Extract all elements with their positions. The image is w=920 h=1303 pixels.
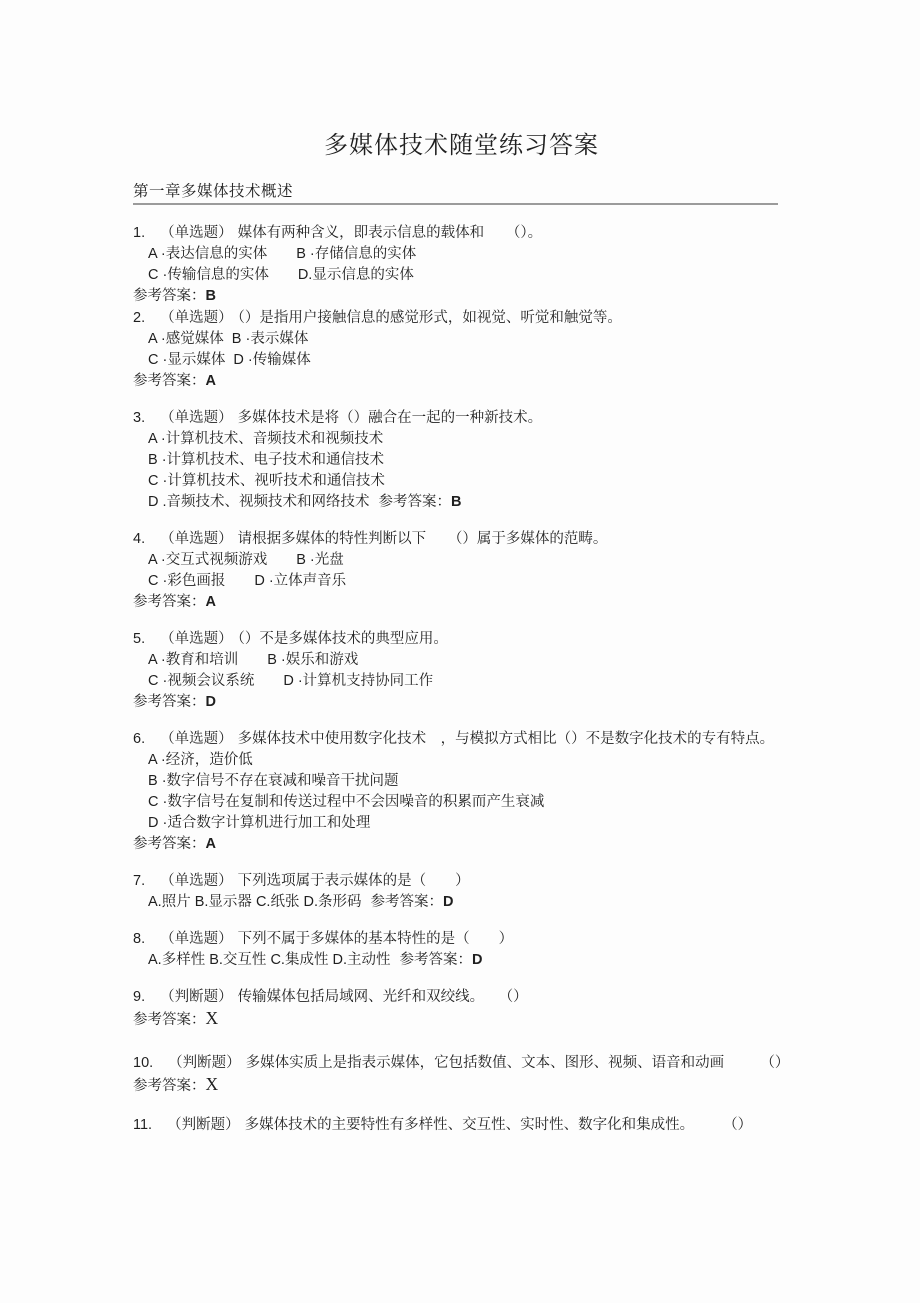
question-2-answer-line: 参考答案：A xyxy=(133,371,793,392)
question-8-stem: 8.（单选题）下列不属于多媒体的基本特性的是（ ） xyxy=(133,929,793,950)
question-text: 多媒体实质上是指表示媒体，它包括数值、文本、图形、视频、语音和动画 （） xyxy=(246,1055,790,1071)
option-text: A.照片 B.显示器 C.纸张 D.条形码 xyxy=(148,894,362,910)
question-10-answer-line: 参考答案：X xyxy=(133,1074,793,1097)
question-1-stem: 1.（单选题）媒体有两种含义，即表示信息的载体和 （）。 xyxy=(133,223,793,244)
answer-value: D xyxy=(472,952,483,968)
document-title: 多媒体技术随堂练习答案 xyxy=(133,132,790,160)
question-4-stem: 4.（单选题）请根据多媒体的特性判断以下 （）属于多媒体的范畴。 xyxy=(133,529,793,550)
question-11-stem: 11.（判断题）多媒体技术的主要特性有多样性、交互性、实时性、数字化和集成性。 … xyxy=(133,1115,793,1136)
question-number: 2. xyxy=(133,310,145,326)
question-6-option-c: C ·数字信号在复制和传送过程中不会因噪音的积累而产生衰减 xyxy=(133,792,793,813)
document-page: 多媒体技术随堂练习答案 第一章多媒体技术概述 1.（单选题）媒体有两种含义，即表… xyxy=(0,0,793,1136)
option-text: A.多样性 B.交互性 C.集成性 D.主动性 xyxy=(148,952,391,968)
question-text: 下列不属于多媒体的基本特性的是（ ） xyxy=(238,931,514,947)
question-number: 7. xyxy=(133,873,145,889)
question-5-answer-line: 参考答案：D xyxy=(133,692,793,713)
question-5-stem: 5.（单选题）（）不是多媒体技术的典型应用。 xyxy=(133,629,793,650)
question-type: （单选题） xyxy=(160,225,233,241)
question-2-options-row-1: A ·感觉媒体 B ·表示媒体 xyxy=(133,329,793,350)
question-number: 10. xyxy=(133,1055,153,1071)
question-type: （单选题） xyxy=(160,731,233,747)
question-2: 2.（单选题）（）是指用户接触信息的感觉形式，如视觉、听觉和触觉等。 A ·感觉… xyxy=(133,308,793,392)
question-10-stem: 10.（判断题）多媒体实质上是指表示媒体，它包括数值、文本、图形、视频、语音和动… xyxy=(133,1053,793,1074)
question-number: 6. xyxy=(133,731,145,747)
answer-value: A xyxy=(206,594,217,610)
question-3-option-c: C ·计算机技术、视听技术和通信技术 xyxy=(133,471,793,492)
answer-label: 参考答案： xyxy=(133,694,206,710)
question-6-option-b: B ·数字信号不存在衰减和噪音干扰问题 xyxy=(133,771,793,792)
question-text: （）是指用户接触信息的感觉形式，如视觉、听觉和触觉等。 xyxy=(238,310,622,326)
answer-value: X xyxy=(206,1008,219,1028)
answer-value: B xyxy=(451,494,462,510)
question-1: 1.（单选题）媒体有两种含义，即表示信息的载体和 （）。 A ·表达信息的实体 … xyxy=(133,223,793,307)
question-text: 多媒体技术中使用数字化技术 ，与模拟方式相比（）不是数字化技术的专有特点。 xyxy=(238,731,775,747)
question-4: 4.（单选题）请根据多媒体的特性判断以下 （）属于多媒体的范畴。 A ·交互式视… xyxy=(133,529,793,613)
question-text: （）不是多媒体技术的典型应用。 xyxy=(238,631,448,647)
question-type: （判断题） xyxy=(168,1055,241,1071)
question-5: 5.（单选题）（）不是多媒体技术的典型应用。 A ·教育和培训 B ·娱乐和游戏… xyxy=(133,629,793,713)
question-type: （单选题） xyxy=(160,873,233,889)
question-7: 7.（单选题）下列选项属于表示媒体的是（ ） A.照片 B.显示器 C.纸张 D… xyxy=(133,871,793,913)
question-7-options-with-answer: A.照片 B.显示器 C.纸张 D.条形码参考答案：D xyxy=(133,892,793,913)
question-type: （单选题） xyxy=(160,531,233,547)
question-4-options-row-2: C ·彩色画报 D ·立体声音乐 xyxy=(133,571,793,592)
question-11: 11.（判断题）多媒体技术的主要特性有多样性、交互性、实时性、数字化和集成性。 … xyxy=(133,1115,793,1136)
question-6-option-a: A ·经济，造价低 xyxy=(133,750,793,771)
question-6-answer-line: 参考答案：A xyxy=(133,834,793,855)
question-3: 3.（单选题）多媒体技术是将（）融合在一起的一种新技术。 A ·计算机技术、音频… xyxy=(133,408,793,513)
answer-label: 参考答案： xyxy=(133,594,206,610)
question-4-options-row-1: A ·交互式视频游戏 B ·光盘 xyxy=(133,550,793,571)
answer-value: B xyxy=(206,288,217,304)
question-text: 媒体有两种含义，即表示信息的载体和 （）。 xyxy=(238,225,543,241)
question-9-stem: 9.（判断题）传输媒体包括局域网、光纤和双绞线。 （） xyxy=(133,987,793,1008)
answer-label: 参考答案： xyxy=(133,373,206,389)
answer-value: A xyxy=(206,373,217,389)
question-5-options-row-1: A ·教育和培训 B ·娱乐和游戏 xyxy=(133,650,793,671)
question-8: 8.（单选题）下列不属于多媒体的基本特性的是（ ） A.多样性 B.交互性 C.… xyxy=(133,929,793,971)
answer-label: 参考答案： xyxy=(371,894,444,910)
question-4-answer-line: 参考答案：A xyxy=(133,592,793,613)
question-6-stem: 6.（单选题）多媒体技术中使用数字化技术 ，与模拟方式相比（）不是数字化技术的专… xyxy=(133,729,793,750)
question-6-option-d: D ·适合数字计算机进行加工和处理 xyxy=(133,813,793,834)
question-type: （判断题） xyxy=(167,1117,240,1133)
question-7-stem: 7.（单选题）下列选项属于表示媒体的是（ ） xyxy=(133,871,793,892)
question-5-options-row-2: C ·视频会议系统 D ·计算机支持协同工作 xyxy=(133,671,793,692)
question-9: 9.（判断题）传输媒体包括局域网、光纤和双绞线。 （） 参考答案：X xyxy=(133,987,793,1031)
answer-value: X xyxy=(206,1074,219,1094)
answer-label: 参考答案： xyxy=(133,1078,206,1094)
question-text: 多媒体技术的主要特性有多样性、交互性、实时性、数字化和集成性。 （） xyxy=(245,1117,753,1133)
question-9-answer-line: 参考答案：X xyxy=(133,1008,793,1031)
question-number: 3. xyxy=(133,410,145,426)
question-3-option-b: B ·计算机技术、电子技术和通信技术 xyxy=(133,450,793,471)
question-1-options-row-2: C ·传输信息的实体 D.显示信息的实体 xyxy=(133,265,793,286)
question-text: 传输媒体包括局域网、光纤和双绞线。 （） xyxy=(238,989,528,1005)
question-3-option-d-with-answer: D .音频技术、视频技术和网络技术参考答案：B xyxy=(133,492,793,513)
question-1-options-row-1: A ·表达信息的实体 B ·存储信息的实体 xyxy=(133,244,793,265)
answer-label: 参考答案： xyxy=(133,836,206,852)
question-number: 9. xyxy=(133,989,145,1005)
question-number: 4. xyxy=(133,531,145,547)
question-type: （单选题） xyxy=(160,931,233,947)
question-type: （单选题） xyxy=(160,310,233,326)
question-2-options-row-2: C ·显示媒体 D ·传输媒体 xyxy=(133,350,793,371)
answer-label: 参考答案： xyxy=(133,1012,206,1028)
option-text: D .音频技术、视频技术和网络技术 xyxy=(148,494,370,510)
question-type: （单选题） xyxy=(160,631,233,647)
question-10: 10.（判断题）多媒体实质上是指表示媒体，它包括数值、文本、图形、视频、语音和动… xyxy=(133,1053,793,1097)
question-number: 8. xyxy=(133,931,145,947)
question-text: 请根据多媒体的特性判断以下 （）属于多媒体的范畴。 xyxy=(238,531,608,547)
section-heading: 第一章多媒体技术概述 xyxy=(133,182,778,205)
question-number: 11. xyxy=(133,1117,152,1133)
answer-value: D xyxy=(206,694,217,710)
question-2-stem: 2.（单选题）（）是指用户接触信息的感觉形式，如视觉、听觉和触觉等。 xyxy=(133,308,793,329)
question-text: 多媒体技术是将（）融合在一起的一种新技术。 xyxy=(238,410,543,426)
answer-label: 参考答案： xyxy=(379,494,452,510)
answer-label: 参考答案： xyxy=(400,952,473,968)
question-3-stem: 3.（单选题）多媒体技术是将（）融合在一起的一种新技术。 xyxy=(133,408,793,429)
answer-value: D xyxy=(443,894,454,910)
question-6: 6.（单选题）多媒体技术中使用数字化技术 ，与模拟方式相比（）不是数字化技术的专… xyxy=(133,729,793,855)
question-number: 1. xyxy=(133,225,145,241)
question-8-options-with-answer: A.多样性 B.交互性 C.集成性 D.主动性参考答案：D xyxy=(133,950,793,971)
answer-label: 参考答案： xyxy=(133,288,206,304)
question-3-option-a: A ·计算机技术、音频技术和视频技术 xyxy=(133,429,793,450)
question-number: 5. xyxy=(133,631,145,647)
question-text: 下列选项属于表示媒体的是（ ） xyxy=(238,873,470,889)
answer-value: A xyxy=(206,836,217,852)
question-type: （单选题） xyxy=(160,410,233,426)
question-type: （判断题） xyxy=(160,989,233,1005)
question-1-answer-line: 参考答案：B xyxy=(133,286,793,307)
